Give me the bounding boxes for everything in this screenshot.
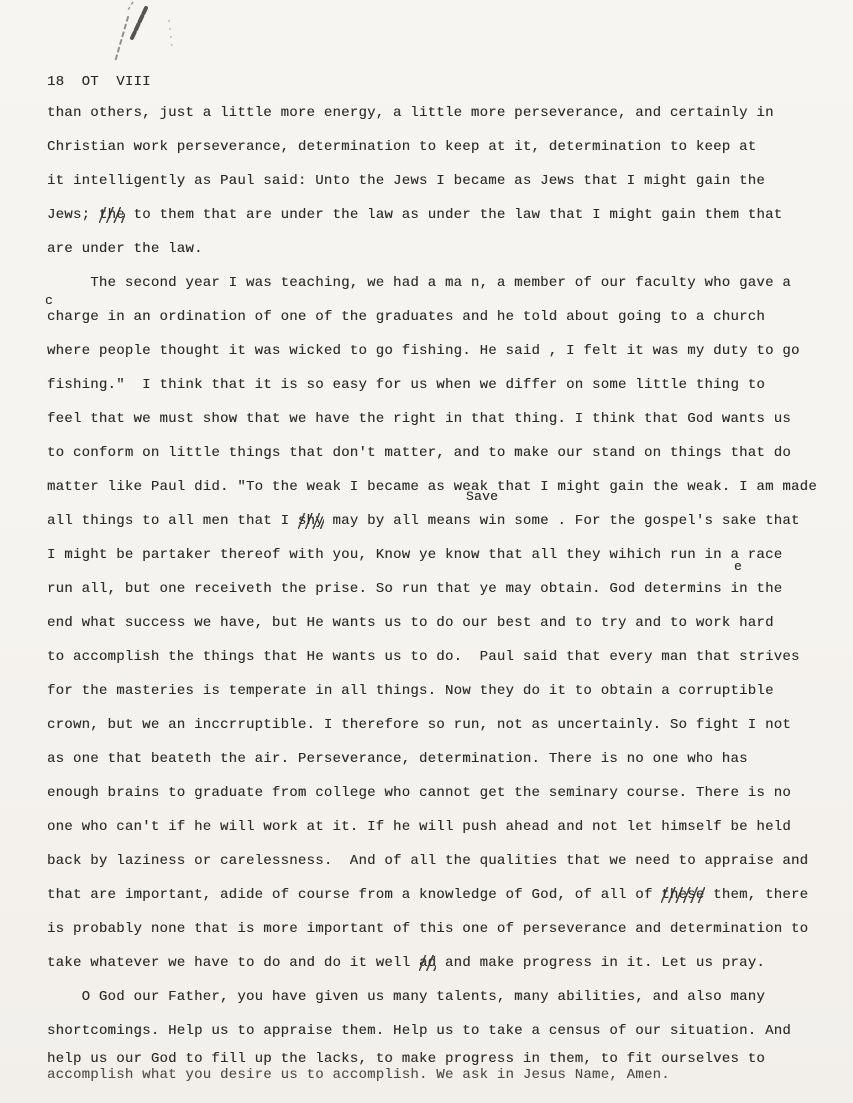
text-line: The second year I was teaching, we had a… <box>47 266 837 300</box>
inserted-correction-save: Save <box>466 490 498 504</box>
text-line: is probably none that is more important … <box>47 912 837 946</box>
text-line: where people thought it was wicked to go… <box>47 334 837 368</box>
inserted-correction-c: c <box>45 294 53 308</box>
text-line: matter like Paul did. "To the weak I bec… <box>47 470 837 504</box>
text-line: charge in an ordination of one of the gr… <box>47 300 837 334</box>
text-line: back by laziness or carelessness. And of… <box>47 844 837 878</box>
text-line: enough brains to graduate from college w… <box>47 776 837 810</box>
text-line: to accomplish the things that He wants u… <box>47 640 837 674</box>
text-line: Christian work perseverance, determinati… <box>47 130 837 164</box>
text-line: feel that we must show that we have the … <box>47 402 837 436</box>
struck-text: these <box>661 887 704 903</box>
text-line: O God our Father, you have given us many… <box>47 980 837 1014</box>
text-line: are under the law. <box>47 232 837 266</box>
inserted-correction-e: e <box>734 560 742 574</box>
document-page: 18 OT VIII than others, just a little mo… <box>0 0 853 1103</box>
text-line: fishing." I think that it is so easy for… <box>47 368 837 402</box>
struck-text: ad <box>419 955 436 971</box>
pencil-marks <box>105 0 185 72</box>
text-line: one who can't if he will work at it. If … <box>47 810 837 844</box>
page-header: 18 OT VIII <box>47 74 151 90</box>
text-line: Jews; the to them that are under the law… <box>47 198 837 232</box>
text-line: as one that beateth the air. Perseveranc… <box>47 742 837 776</box>
text-line: run all, but one receiveth the prise. So… <box>47 572 837 606</box>
text-line: than others, just a little more energy, … <box>47 96 837 130</box>
text-line: I might be partaker thereof with you, Kn… <box>47 538 837 572</box>
text-line: take whatever we have to do and do it we… <box>47 946 837 980</box>
text-line: all things to all men that I shy may by … <box>47 504 837 538</box>
struck-text: shy <box>298 513 324 529</box>
text-line: end what success we have, but He wants u… <box>47 606 837 640</box>
text-line: for the masteries is temperate in all th… <box>47 674 837 708</box>
text-line: it intelligently as Paul said: Unto the … <box>47 164 837 198</box>
struck-text: the <box>99 207 125 223</box>
document-body: than others, just a little more energy, … <box>47 96 837 1092</box>
text-line: that are important, adide of course from… <box>47 878 837 912</box>
text-line: accomplish what you desire us to accompl… <box>47 1058 837 1092</box>
text-line: to conform on little things that don't m… <box>47 436 837 470</box>
text-line: crown, but we an inccrruptible. I theref… <box>47 708 837 742</box>
